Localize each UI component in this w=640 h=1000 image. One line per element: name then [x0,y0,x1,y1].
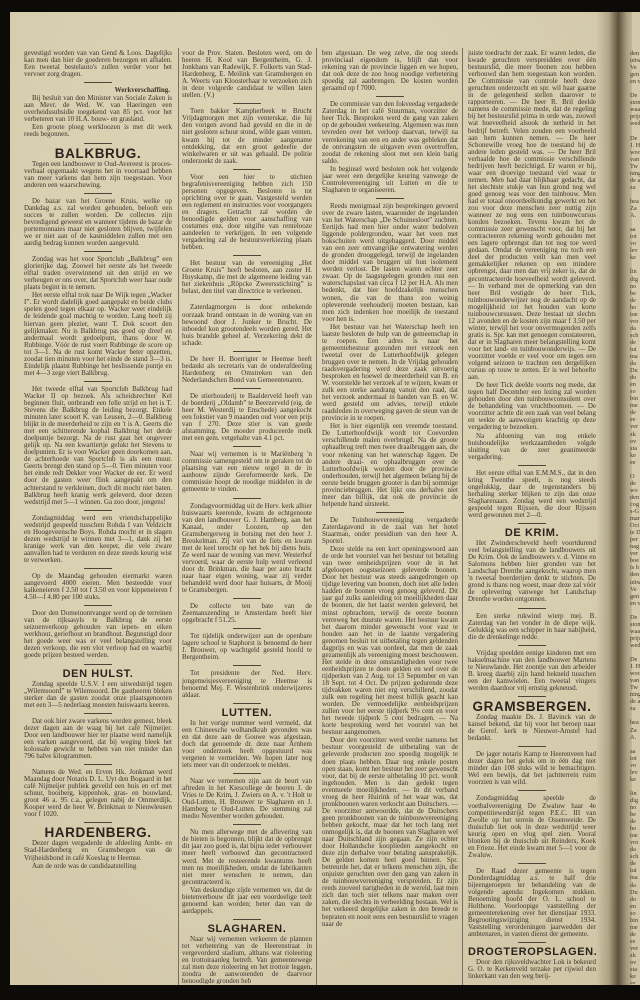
article-paragraph: Door den rijksveldwachter Lok is bekeurd… [468,959,596,980]
article-paragraph: Zondag was het voor Sportclub „Balkbrug”… [24,256,172,291]
article-paragraph: De jager notaris Kamp te Heerenveen had … [468,751,596,786]
article-divider [84,510,112,511]
article-divider [376,512,404,513]
article-paragraph: Aan de orde was de candidaatstelling [24,863,172,870]
article-divider [518,523,546,524]
article-paragraph: De Raad dezer gemeente is tegen Donderda… [468,868,596,938]
article-paragraph: Zaterdagmorgen is door onbekende oorzaak… [182,304,312,346]
article-divider [376,96,404,97]
article-paragraph: Op de Maandag gehouden eiermarkt waren a… [24,573,172,601]
article-divider [233,598,261,599]
article-paragraph: Bij besluit van den Minister van Sociale… [24,95,172,123]
article-divider [233,351,261,352]
section-heading-lutten: LUTTEN. [182,710,312,717]
article-paragraph: Dezer dagen vergaderde de afdeeling Ambt… [24,840,172,861]
article-divider [233,299,261,300]
article-paragraph: Het bestuur van de vereeniging „Het Groe… [182,260,312,295]
page-top-margin [10,12,640,48]
article-paragraph: De stierhouderij te Baalderveld heeft va… [182,393,312,442]
article-divider [518,746,546,747]
newspaper-page: gevestigd worden van van Gend & Loos. Da… [0,0,640,1000]
article-divider [233,919,261,920]
article-paragraph: Naar wij vernemen verkeeren de plannen t… [182,936,312,984]
article-paragraph: Reeds menigmaal zijn besprekingen gevoer… [322,203,458,323]
section-heading-den-hulst: DEN HULST. [24,671,172,678]
article-divider [84,251,112,252]
article-paragraph: In beginsel werd besloten ook het volgen… [322,166,458,194]
article-paragraph: Door den voorzitter werd verder namens h… [322,737,458,927]
article-paragraph: juiste toedracht der zaak. Er waren lede… [468,50,596,381]
text-column-1: gevestigd worden van van Gend & Loos. Da… [24,50,172,984]
article-divider [84,764,112,765]
text-column-3: ben afgestaan. De weg zelve, die nog ste… [322,50,458,984]
section-heading-hardenberg: HARDENBERG. [24,829,172,836]
article-paragraph: Tegen een landbouwer te Oud-Avereest is … [24,161,172,189]
adjacent-column-sliver: den uitw Ve gen en v De ston waa prijs w… [630,50,640,984]
page-fold-shadow [596,12,632,985]
article-divider [518,608,546,609]
article-divider [233,446,261,447]
article-paragraph: Het eerste elftal trok naar De Wijk tege… [24,292,172,377]
article-divider [233,773,261,774]
article-divider [518,863,546,864]
article-divider [84,568,112,569]
article-paragraph: Zondagvoormiddag uit de Herv. kerk alhie… [182,503,312,595]
article-divider [84,82,112,83]
article-paragraph: Het tweede elftal van Sportclub Balkbrug… [24,386,172,506]
article-divider [518,645,546,646]
article-paragraph: Tot tijdelijk onderwijzer aan de openbar… [182,633,312,661]
article-paragraph: De bazar van het Groene Kruis, welke op … [24,198,172,247]
article-divider [233,255,261,256]
article-paragraph: Zondagmiddag speelde de voetbalvereenigi… [468,795,596,858]
article-divider [84,713,112,714]
article-paragraph: De collecte ten bate van de Zeemanszendi… [182,603,312,624]
article-divider [233,628,261,629]
article-paragraph: Het bestuur van het Waterschap heeft ten… [322,324,458,423]
article-paragraph: De Tuinbouwvereeniging vergaderde Zaterd… [322,517,458,545]
article-paragraph: Zondag speelde U.S.V. I een uitwedstrijd… [24,681,172,709]
article-paragraph: De heer Tick deelde voorts nog mede, dat… [468,382,596,431]
article-divider [233,665,261,666]
article-paragraph: Van deskundige zijde vernemen we, dat de… [182,887,312,915]
article-paragraph: voor de Prov. Staten. Besloten werd, om … [182,50,312,99]
article-divider [84,381,112,382]
newspaper-paper: gevestigd worden van van Gend & Loos. Da… [10,12,640,985]
section-heading-gramsbergen: GRAMSBERGEN. [468,703,596,710]
article-divider [84,822,112,823]
article-paragraph: Een sterke rukwind wierp mej. B. Zaterda… [468,613,596,641]
article-divider [518,790,546,791]
text-column-2: voor de Prov. Staten. Besloten werd, om … [182,50,312,984]
article-paragraph: Zondagmiddag werd een vriendschappelijke… [24,515,172,564]
article-divider [84,193,112,194]
article-divider [84,664,112,665]
article-paragraph: Het Zwinderscheveld heeft voortdurend ve… [468,540,596,603]
article-paragraph: Dat ook hier zware varkens worden gemest… [24,718,172,760]
section-heading-drogteropslagen: DROGTEROPSLAGEN. [468,949,596,956]
article-paragraph: De commissie van den fokveedag vergaderd… [322,101,458,164]
article-paragraph: Het eerste elftal van E.M.M.S., dat in d… [468,470,596,519]
article-paragraph: Tot presidente der Ned. Herv. jongemeisj… [182,670,312,698]
article-divider [233,169,261,170]
section-heading-slagharen: SLAGHAREN. [182,926,312,933]
article-paragraph: De heer H. Boerrigter te Heemse heeft be… [182,356,312,384]
article-divider [233,703,261,704]
article-divider [84,143,112,144]
article-divider [233,824,261,825]
article-divider [376,198,404,199]
article-paragraph: Zondag maakte Ds. J. Bavinck van de kans… [468,714,596,742]
article-paragraph: gevestigd worden van van Gend & Loos. Da… [24,50,172,78]
column-rule-3 [462,48,463,985]
article-paragraph: Deze stelde na een kort openingswoord aa… [322,546,458,736]
article-divider [518,465,546,466]
article-paragraph: Namens de Wed. en Erven Hk. Jonkman werd… [24,769,172,818]
article-subheading: Werkverschaffing. [24,87,170,94]
article-paragraph: ben afgestaan. De weg zelve, die nog ste… [322,50,458,92]
article-paragraph: Vrijdag speelden eenige kinderen met een… [468,650,596,692]
section-heading-de-krim: DE KRIM. [468,530,596,537]
article-paragraph: Een groote ploeg werkloozen is met dit w… [24,124,172,138]
column-rule-2 [316,48,317,985]
article-paragraph: Nu men allerwege met de aflevering van d… [182,829,312,885]
article-divider [233,388,261,389]
article-paragraph: Toen bakker Kampherbeek te Brucht Vrijda… [182,108,312,164]
section-heading-balkbrug: BALKBRUG. [24,150,172,157]
article-divider [518,942,546,943]
article-divider [233,103,261,104]
article-divider [84,605,112,606]
article-paragraph: Na afdoening van nog enkele huishoudelij… [468,433,596,461]
article-paragraph: Naar wij vernemen is te Mariënberg 'n co… [182,451,312,493]
text-column-4: juiste toedracht der zaak. Er waren lede… [468,50,596,984]
article-paragraph: Voor een hier te stichten begrafenisvere… [182,174,312,252]
article-divider [518,696,546,697]
article-paragraph: Naar we vernemen zijn aan de beurt van a… [182,778,312,820]
article-paragraph: Het is hier eigenlijk een vreemde toesta… [322,423,458,508]
article-divider [233,498,261,499]
article-paragraph: In het vorige nummer werd vermeld, dat e… [182,720,312,769]
column-rule-1 [178,48,179,985]
article-paragraph: Door den Domeinontvanger werd op de terr… [24,610,172,659]
